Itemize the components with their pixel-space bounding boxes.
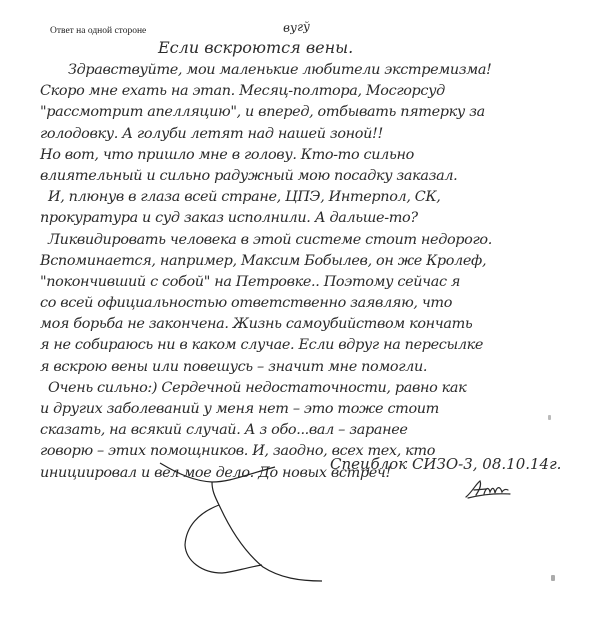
letter-line: Но вот, что пришло мне в голову. Кто-то … bbox=[40, 145, 600, 166]
signature-icon bbox=[462, 478, 512, 500]
printed-header: Ответ на одной стороне bbox=[50, 26, 146, 36]
letter-heading: Если вскроются вены. bbox=[158, 38, 353, 57]
paper-mark bbox=[548, 415, 551, 420]
letter-line: И, плюнув в глаза всей стране, ЦПЭ, Инте… bbox=[40, 187, 600, 208]
letter-line: Скоро мне ехать на этап. Месяц-полтора, … bbox=[40, 81, 600, 102]
letter-line: Здравствуйте, мои маленькие любители экс… bbox=[40, 60, 600, 81]
paper-mark bbox=[551, 575, 555, 581]
letter-line: голодовку. А голуби летят над нашей зоно… bbox=[40, 124, 600, 145]
hand-drawn-sketch bbox=[150, 455, 330, 585]
letter-line: моя борьба не закончена. Жизнь самоубийс… bbox=[40, 314, 600, 335]
letter-line: со всей официальностью ответственно заяв… bbox=[40, 293, 600, 314]
letter-line: влиятельный и сильно радужный мою посадк… bbox=[40, 166, 600, 187]
letter-page: Ответ на одной стороне вугў Если вскроют… bbox=[0, 0, 602, 639]
letter-body: Здравствуйте, мои маленькие любители экс… bbox=[40, 60, 600, 484]
margin-annotation: вугў bbox=[283, 19, 311, 35]
letter-line: я вскрою вены или повешусь – значит мне … bbox=[40, 357, 600, 378]
letter-line: Ликвидировать человека в этой системе ст… bbox=[40, 230, 600, 251]
letter-line: сказать, на всякий случай. А з обо...вал… bbox=[40, 420, 600, 441]
letter-line: прокуратура и суд заказ исполнили. А дал… bbox=[40, 208, 600, 229]
letter-signoff: Спецблок СИЗО-3, 08.10.14г. bbox=[330, 455, 561, 473]
letter-line: "покончивший с собой" на Петровке.. Поэт… bbox=[40, 272, 600, 293]
letter-line: и других заболеваний у меня нет – это то… bbox=[40, 399, 600, 420]
letter-line: Очень сильно:) Сердечной недостаточности… bbox=[40, 378, 600, 399]
letter-line: я не собираюсь ни в каком случае. Если в… bbox=[40, 335, 600, 356]
letter-line: "рассмотрит апелляцию", и вперед, отбыва… bbox=[40, 102, 600, 123]
letter-line: Вспоминается, например, Максим Бобылев, … bbox=[40, 251, 600, 272]
